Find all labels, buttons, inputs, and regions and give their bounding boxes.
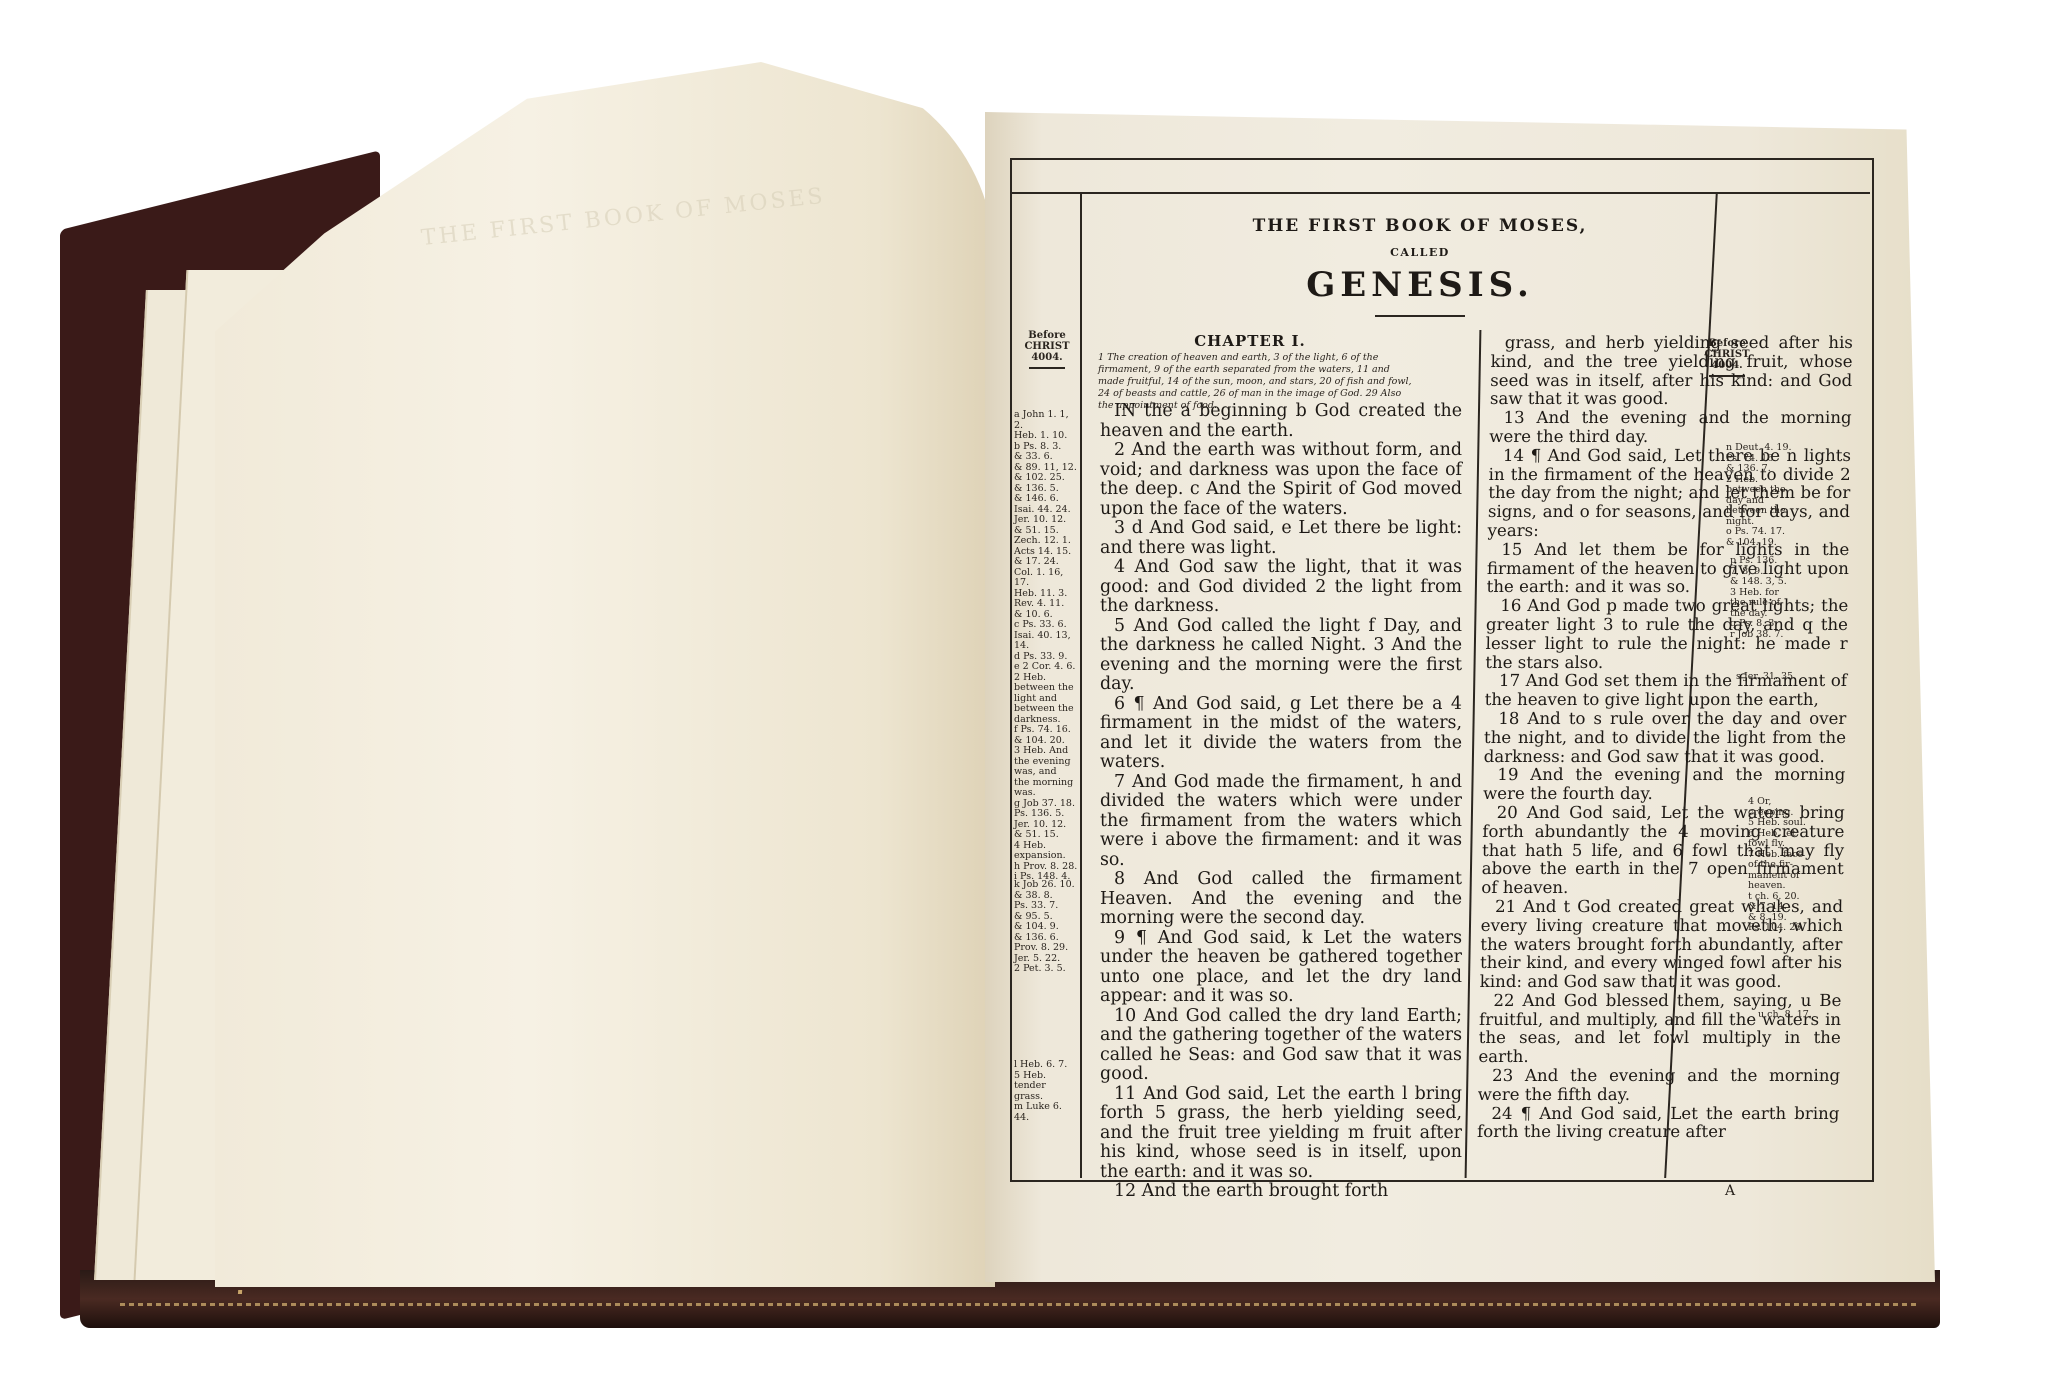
verse: grass, and herb yielding seed after his … <box>1490 334 1853 409</box>
verse: 2 And the earth was without form, and vo… <box>1100 441 1462 519</box>
margin-reference: r Job 38. 7. <box>1730 630 1810 641</box>
gilt-tooling-bottom <box>120 1303 1920 1306</box>
verse: 24 ¶ And God said, Let the earth bring f… <box>1477 1105 1840 1143</box>
margin-reference: Ps. 136. 5. <box>1014 809 1080 820</box>
margin-reference: e 2 Cor. 4. 6. <box>1014 662 1080 673</box>
verse: 4 And God saw the light, that it was goo… <box>1100 558 1462 617</box>
margin-reference: & 136. 7. <box>1726 464 1806 475</box>
margin-reference: Prov. 8. 29. <box>1014 943 1080 954</box>
page-border-inner-rule <box>1010 192 1870 194</box>
margin-references-right-2: p Ps. 136.7, 8, 9.& 148. 3, 5.3 Heb. for… <box>1730 556 1810 640</box>
book-name: GENESIS. <box>1080 265 1760 305</box>
verse: 23 And the evening and the morning were … <box>1478 1067 1841 1105</box>
margin-reference: Ps. 104. 26. <box>1748 923 1828 934</box>
margin-references-right-4: 4 Or,creeping.5 Heb. soul.6 Heb. letfowl… <box>1748 797 1828 934</box>
margin-reference: & 148. 3, 5. <box>1730 577 1810 588</box>
margin-reference: between the <box>1726 485 1806 496</box>
signature-mark: A <box>1725 1183 1735 1199</box>
margin-reference: Ps. 33. 7. <box>1014 901 1080 912</box>
era-line: CHRIST <box>1018 341 1076 352</box>
verse: 22 And God blessed them, saying, u Be fr… <box>1478 992 1841 1067</box>
margin-reference: the rule of <box>1730 598 1810 609</box>
margin-reference: & 7. 14. <box>1748 902 1828 913</box>
margin-reference: & 102. 25. <box>1014 473 1080 484</box>
margin-reference: Zech. 12. 1. <box>1014 536 1080 547</box>
margin-reference: f Ps. 74. 16. <box>1014 725 1080 736</box>
margin-reference: was. <box>1014 788 1080 799</box>
margin-reference: 17. <box>1014 578 1080 589</box>
margin-reference: fowl fly. <box>1748 839 1828 850</box>
margin-reference: & 17. 24. <box>1014 557 1080 568</box>
era-rule <box>1029 367 1065 369</box>
title-rule <box>1375 315 1465 317</box>
margin-reference: 44. <box>1014 1113 1080 1124</box>
margin-reference: expansion. <box>1014 851 1080 862</box>
margin-reference: m Luke 6. <box>1014 1102 1080 1113</box>
margin-reference: 5 Heb. tender <box>1014 1071 1080 1092</box>
margin-rule-left <box>1080 192 1082 1178</box>
margin-references-left: a John 1. 1, 2.Heb. 1. 10.b Ps. 8. 3.& 3… <box>1014 410 1080 883</box>
margin-reference: between the <box>1726 506 1806 517</box>
verse: 9 ¶ And God said, k Let the waters under… <box>1100 929 1462 1007</box>
era-label-left: Before CHRIST 4004. <box>1018 330 1076 369</box>
margin-references-left-bottom: l Heb. 6. 7.5 Heb. tendergrass.m Luke 6.… <box>1014 1060 1080 1123</box>
margin-reference: a John 1. 1, 2. <box>1014 410 1080 431</box>
verse: 5 And God called the light f Day, and th… <box>1100 617 1462 695</box>
margin-reference: n Deut. 4. 19. <box>1726 443 1806 454</box>
margin-reference: q Ps. 8. 3. <box>1730 619 1810 630</box>
margin-reference: u ch. 8. 17. <box>1758 1010 1838 1021</box>
verse: 18 And to s rule over the day and over t… <box>1484 710 1847 766</box>
era-line: Before <box>1018 330 1076 341</box>
margin-reference: & 104. 19. <box>1726 538 1806 549</box>
text-column-1: IN the a beginning b God created the hea… <box>1100 402 1462 1202</box>
margin-reference: of the fir- <box>1748 860 1828 871</box>
verse: 12 And the earth brought forth <box>1100 1182 1462 1202</box>
margin-reference: heaven. <box>1748 881 1828 892</box>
margin-reference: was, and <box>1014 767 1080 778</box>
chapter-heading: CHAPTER I. <box>1100 332 1400 350</box>
margin-reference: 2 Pet. 3. 5. <box>1014 964 1080 975</box>
verse: 8 And God called the firmament Heaven. A… <box>1100 870 1462 929</box>
verse: 7 And God made the firmament, h and divi… <box>1100 773 1462 871</box>
verse: 10 And God called the dry land Earth; an… <box>1100 1007 1462 1085</box>
margin-reference: 3 Heb. And <box>1014 746 1080 757</box>
verse: 11 And God said, Let the earth l bring f… <box>1100 1085 1462 1183</box>
margin-reference: k Job 26. 10. <box>1014 880 1080 891</box>
verse: 6 ¶ And God said, g Let there be a 4 fir… <box>1100 695 1462 773</box>
margin-reference: & 146. 6. <box>1014 494 1080 505</box>
margin-reference: Rev. 4. 11. <box>1014 599 1080 610</box>
margin-references-left-lower: k Job 26. 10.& 38. 8.Ps. 33. 7.& 95. 5.&… <box>1014 880 1080 975</box>
margin-reference: l Heb. 6. 7. <box>1014 1060 1080 1071</box>
left-page-curled[interactable] <box>215 62 995 1287</box>
margin-reference: 5 Heb. soul. <box>1748 818 1828 829</box>
margin-reference: between the <box>1014 683 1080 694</box>
margin-reference: between the <box>1014 704 1080 715</box>
title-line-2: CALLED <box>1080 246 1760 259</box>
margin-references-right-3: s Jer. 31. 35. <box>1736 672 1816 683</box>
margin-reference: & 33. 6. <box>1014 452 1080 463</box>
margin-reference: o Ps. 74. 17. <box>1726 527 1806 538</box>
verse: 13 And the evening and the morning were … <box>1489 409 1852 447</box>
margin-reference: s Jer. 31. 35. <box>1736 672 1816 683</box>
book-title-block: THE FIRST BOOK OF MOSES, CALLED GENESIS. <box>1080 216 1760 317</box>
margin-references-right-1: n Deut. 4. 19.Ps. 74. 16.& 136. 7.2 Heb.… <box>1726 443 1806 548</box>
verse: 3 d And God said, e Let there be light: … <box>1100 519 1462 558</box>
margin-reference: 14. <box>1014 641 1080 652</box>
margin-reference: c Ps. 33. 6. <box>1014 620 1080 631</box>
era-line: 4004. <box>1018 352 1076 363</box>
margin-references-right-5: u ch. 8. 17. <box>1758 1010 1838 1021</box>
margin-reference: 4 Or, <box>1748 797 1828 808</box>
margin-reference: Jer. 10. 12. <box>1014 515 1080 526</box>
margin-reference: & 104. 9. <box>1014 922 1080 933</box>
margin-reference: p Ps. 136. <box>1730 556 1810 567</box>
margin-reference: Heb. 1. 10. <box>1014 431 1080 442</box>
title-line-1: THE FIRST BOOK OF MOSES, <box>1080 216 1760 236</box>
verse: IN the a beginning b God created the hea… <box>1100 402 1462 441</box>
margin-reference: & 51. 15. <box>1014 830 1080 841</box>
